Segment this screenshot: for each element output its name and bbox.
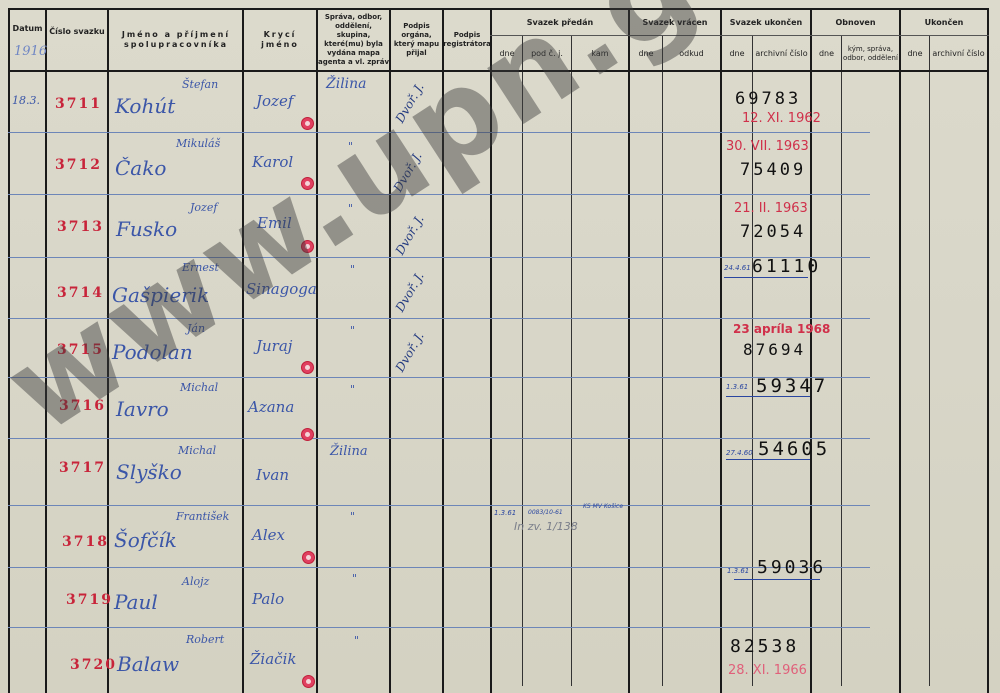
row-signature: Dvoř. J. [393, 270, 427, 315]
row-sprava: " [350, 263, 355, 276]
column-divider [628, 8, 630, 693]
header-ukoncen2-archivni-cislo: archivní číslo [930, 37, 987, 70]
archive-underline [724, 277, 808, 278]
header-kryci-jmeno: Krycí jméno [244, 10, 316, 70]
header-podpis-registratora: Podpis registrátora [444, 10, 490, 70]
column-divider [242, 8, 244, 693]
header-ukoncen: Ukončen [901, 10, 987, 35]
column-divider [522, 36, 523, 686]
header-jmeno: Jméno a příjmení spolupracovníka [112, 10, 240, 70]
row-cover-name: Juraj [256, 337, 292, 355]
row-divider [8, 438, 870, 439]
row-divider [8, 318, 870, 319]
header-obnoven-kym: kým, správa, odbor, oddělení [842, 37, 899, 70]
header-predan-pod-cj: pod č. j. [523, 37, 571, 70]
row-divider [8, 257, 870, 258]
row-first-name: Mikuláš [176, 137, 220, 150]
row-sprava: Žilina [330, 444, 368, 459]
row-surname: Gašpierik [112, 283, 209, 307]
row-archive-number: 72054 [740, 222, 806, 242]
row-closure-date: 1.3.61 [727, 567, 749, 575]
row-archive-number: 59347 [756, 375, 828, 397]
header-datum: Datum [10, 10, 45, 48]
red-punch-dot [301, 240, 314, 253]
row-cislo-svazku: 3716 [59, 398, 106, 414]
column-divider [899, 8, 901, 693]
row-surname: Paul [114, 590, 158, 614]
row-archive-number: 69783 [735, 89, 801, 109]
header-cislo-svazku: Číslo svazku [47, 10, 107, 54]
row-divider [8, 194, 870, 195]
header-ukoncen-dne: dne [722, 37, 752, 70]
row-archive-number: 59036 [757, 557, 826, 578]
row-first-name: Ernest [182, 261, 219, 274]
row-cislo-svazku: 3719 [66, 592, 113, 608]
header-ukoncen-archivni-cislo: archivní číslo [753, 37, 810, 70]
row-archive-number: 82538 [730, 636, 799, 657]
red-punch-dot [302, 551, 315, 564]
row-closure-stamp: 30. VII. 1963 [726, 139, 809, 154]
row-surname: Fusko [116, 217, 177, 241]
column-divider [107, 8, 109, 693]
red-punch-dot [301, 428, 314, 441]
row-sprava: Žilina [326, 76, 367, 92]
row-cover-name: Ivan [256, 466, 289, 484]
row-surname: Čako [115, 156, 166, 180]
row-archive-number: 75409 [740, 160, 806, 180]
header-vracen-dne: dne [630, 37, 662, 70]
row-surname: Kohút [115, 94, 175, 118]
row-signature: Dvoř. J. [393, 81, 427, 126]
column-divider [8, 8, 10, 693]
row-cislo-svazku: 3712 [55, 157, 102, 173]
row-closure-date: 27.4.60 [726, 449, 753, 457]
row-archive-number: 54605 [758, 438, 830, 460]
row-cislo-svazku: 3715 [57, 342, 104, 358]
row-sprava: " [352, 572, 357, 585]
row-closure-stamp: 12. XI. 1962 [742, 111, 821, 126]
row-cover-name: Palo [252, 590, 284, 608]
row-first-name: Michal [178, 444, 216, 457]
column-divider [987, 8, 989, 693]
row-cover-name: Jozef [256, 92, 293, 110]
row-sprava: " [348, 140, 353, 153]
row-first-name: Ján [187, 322, 205, 335]
header-svazek-predan: Svazek předán [492, 10, 628, 35]
header-predan-kam: kam [572, 37, 628, 70]
row-closure-stamp: 28. XI. 1966 [728, 663, 807, 678]
row-cislo-svazku: 3720 [70, 657, 117, 673]
row-sprava: " [354, 634, 359, 647]
column-divider [929, 36, 930, 686]
red-punch-dot [301, 177, 314, 190]
row-divider [8, 627, 870, 628]
header-ukoncen2-dne: dne [901, 37, 929, 70]
row-closure-stamp: 21. II. 1963 [734, 201, 808, 216]
row-closure-date: 1.3.61 [726, 383, 748, 391]
column-divider [662, 36, 663, 686]
red-punch-dot [301, 117, 314, 130]
row-sprava: " [350, 383, 355, 396]
registry-ledger-page: Datum 1916 Číslo svazku Jméno a příjmení… [0, 0, 1000, 693]
red-punch-dot [301, 361, 314, 374]
row-signature: Dvoř. J. [393, 330, 427, 375]
header-sprava: Správa, odbor, oddělení, skupina, které(… [318, 10, 389, 70]
column-divider [752, 36, 753, 686]
row-predan-dne: 1.3.61 [494, 509, 516, 517]
header-svazek-ukoncen: Svazek ukončen [722, 10, 810, 35]
row-first-name: František [176, 510, 229, 523]
row-divider [8, 132, 870, 133]
row-datum: 18.3. [12, 94, 40, 107]
row-sprava: " [350, 510, 355, 523]
column-divider [45, 8, 47, 693]
header-predan-dne: dne [492, 37, 522, 70]
row-closure-date: 24.4.61 [724, 264, 751, 272]
row-cislo-svazku: 3717 [59, 460, 106, 476]
row-cislo-svazku: 3718 [62, 534, 109, 550]
column-divider [490, 8, 492, 693]
row-cislo-svazku: 3713 [57, 219, 104, 235]
row-divider [8, 377, 870, 378]
row-surname: Slyško [116, 460, 182, 484]
header-vracen-odkud: odkud [663, 37, 720, 70]
row-cislo-svazku: 3711 [55, 96, 102, 112]
header-svazek-vracen: Svazek vrácen [630, 10, 720, 35]
row-cover-name: Sinagoga [246, 280, 317, 298]
header-bottom-border [8, 70, 989, 72]
header-obnoven-dne: dne [812, 37, 841, 70]
row-sprava: " [348, 202, 353, 215]
row-first-name: Štefan [182, 78, 218, 91]
red-punch-dot [302, 675, 315, 688]
row-predan-note: In zv. 1/138 [514, 520, 578, 533]
row-cover-name: Emil [257, 214, 292, 232]
header-obnoven: Obnoven [812, 10, 899, 35]
row-cover-name: Karol [252, 153, 293, 171]
row-predan-kam: KS MV Košice [583, 503, 623, 511]
row-predan-pod-cj: 0083/10-61 [528, 509, 563, 516]
archive-underline [726, 459, 810, 460]
row-first-name: Jozef [190, 201, 217, 214]
row-closure-stamp: 23 apríla 1968 [733, 322, 830, 336]
row-first-name: Alojz [182, 575, 209, 588]
row-divider [8, 505, 870, 506]
row-sprava: " [350, 324, 355, 337]
row-archive-number: 61110 [752, 256, 821, 277]
header-year: 1916 [14, 44, 47, 59]
archive-underline [726, 396, 810, 397]
row-signature: Dvoř. J. [393, 213, 427, 258]
row-cislo-svazku: 3714 [57, 285, 104, 301]
row-archive-number: 87694 [743, 340, 806, 359]
row-surname: Podolan [112, 340, 193, 364]
column-divider [316, 8, 318, 693]
row-surname: Iavro [116, 397, 169, 421]
row-cover-name: Azana [248, 398, 294, 416]
row-surname: Balaw [117, 652, 179, 676]
column-divider [720, 8, 722, 693]
row-first-name: Michal [180, 381, 218, 394]
column-divider [442, 8, 444, 693]
column-divider [841, 36, 842, 686]
row-cover-name: Alex [252, 526, 285, 544]
column-divider [389, 8, 391, 693]
row-surname: Šofčík [114, 528, 177, 552]
group-header-divider [490, 35, 989, 36]
row-first-name: Robert [186, 633, 224, 646]
column-divider [571, 36, 572, 686]
archive-underline [734, 579, 820, 580]
row-cover-name: Žiačik [250, 650, 296, 668]
header-podpis-organu: Podpis orgána, který mapu přijal [391, 10, 442, 70]
row-signature: Dvoř. J. [391, 150, 425, 195]
